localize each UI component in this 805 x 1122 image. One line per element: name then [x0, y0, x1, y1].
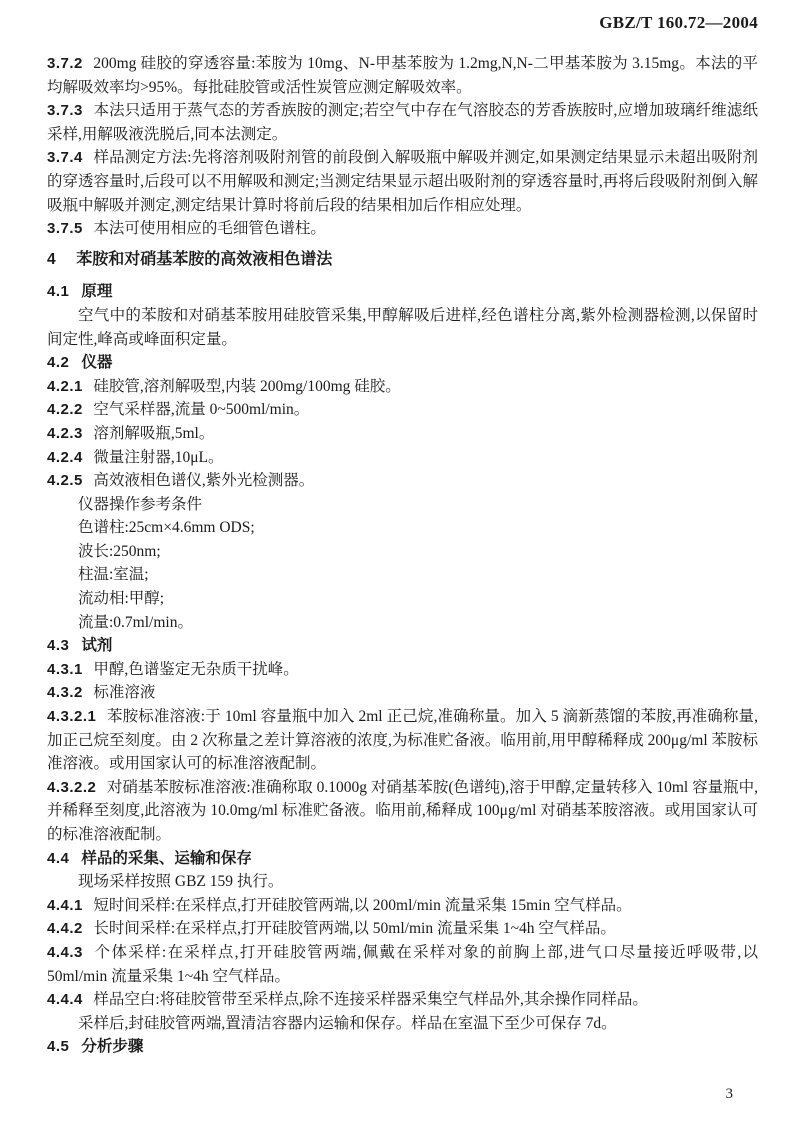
clause-number: 4.4.3 — [47, 944, 83, 961]
document-header-standard-number: GBZ/T 160.72—2004 — [47, 13, 758, 33]
clause-text: 短时间采样:在采样点,打开硅胶管两端,以 200ml/min 流量采集 15mi… — [93, 897, 631, 914]
section-number: 4.5 — [47, 1038, 69, 1055]
clause-text: 高效液相色谱仪,紫外光检测器。 — [93, 472, 314, 489]
clause-4-3-2-2: 4.3.2.2对硝基苯胺标准溶液:准确称取 0.1000g 对硝基苯胺(色谱纯)… — [47, 776, 758, 847]
clause-number: 4.4.4 — [47, 991, 83, 1008]
line-text: 流量:0.7ml/min。 — [78, 614, 193, 631]
line-text: 色谱柱:25cm×4.6mm ODS; — [78, 519, 255, 536]
section-heading-4-1: 4.1原理 — [47, 280, 758, 304]
clause-text: 个体采样:在采样点,打开硅胶管两端,佩戴在采样对象的前胸上部,进气口尽量接近呼吸… — [47, 944, 758, 985]
condition-mobile-phase: 流动相:甲醇; — [47, 587, 758, 611]
condition-column: 色谱柱:25cm×4.6mm ODS; — [47, 516, 758, 540]
clause-number: 4.4.1 — [47, 897, 83, 914]
clause-text: 样品空白:将硅胶管带至采样点,除不连接采样器采集空气样品外,其余操作同样品。 — [93, 991, 648, 1008]
clause-4-3-1: 4.3.1甲醇,色谱鉴定无杂质干扰峰。 — [47, 658, 758, 682]
paragraph-sampling-reference: 现场采样按照 GBZ 159 执行。 — [47, 870, 758, 894]
section-number: 4.1 — [47, 283, 69, 300]
clause-4-4-4: 4.4.4样品空白:将硅胶管带至采样点,除不连接采样器采集空气样品外,其余操作同… — [47, 988, 758, 1012]
clause-number: 4.3.2.2 — [47, 779, 96, 796]
clause-number: 4.4.2 — [47, 920, 83, 937]
section-title: 分析步骤 — [81, 1038, 143, 1055]
clause-text: 溶剂解吸瓶,5ml。 — [93, 425, 214, 442]
clause-number: 4.2.3 — [47, 425, 83, 442]
paragraph-principle: 空气中的苯胺和对硝基苯胺用硅胶管采集,甲醇解吸后进样,经色谱柱分离,紫外检测器检… — [47, 304, 758, 351]
section-title: 原理 — [81, 283, 112, 300]
line-text: 柱温:室温; — [78, 566, 149, 583]
clause-number: 4.3.2.1 — [47, 708, 96, 725]
paragraph-sample-storage: 采样后,封硅胶管两端,置清洁容器内运输和保存。样品在室温下至少可保存 7d。 — [47, 1012, 758, 1036]
clause-4-2-1: 4.2.1硅胶管,溶剂解吸型,内装 200mg/100mg 硅胶。 — [47, 375, 758, 399]
clause-3-7-2: 3.7.2200mg 硅胶的穿透容量:苯胺为 10mg、N-甲基苯胺为 1.2m… — [47, 52, 758, 99]
line-text: 波长:250nm; — [78, 543, 161, 560]
clause-4-4-3: 4.4.3个体采样:在采样点,打开硅胶管两端,佩戴在采样对象的前胸上部,进气口尽… — [47, 941, 758, 988]
clause-number: 4.3.2 — [47, 684, 83, 701]
clause-4-2-5: 4.2.5高效液相色谱仪,紫外光检测器。 — [47, 469, 758, 493]
clause-text: 本法可使用相应的毛细管色谱柱。 — [93, 220, 326, 237]
clause-text: 200mg 硅胶的穿透容量:苯胺为 10mg、N-甲基苯胺为 1.2mg,N,N… — [47, 55, 758, 96]
clause-number: 4.2.5 — [47, 472, 83, 489]
condition-wavelength: 波长:250nm; — [47, 540, 758, 564]
condition-flow-rate: 流量:0.7ml/min。 — [47, 611, 758, 635]
clause-number: 3.7.4 — [47, 149, 83, 166]
clause-number: 4.2.2 — [47, 401, 83, 418]
clause-4-2-2: 4.2.2空气采样器,流量 0~500ml/min。 — [47, 398, 758, 422]
section-heading-4-3: 4.3试剂 — [47, 634, 758, 658]
clause-text: 硅胶管,溶剂解吸型,内装 200mg/100mg 硅胶。 — [93, 378, 400, 395]
clause-number: 3.7.5 — [47, 220, 83, 237]
clause-4-4-2: 4.4.2长时间采样:在采样点,打开硅胶管两端,以 50ml/min 流量采集 … — [47, 917, 758, 941]
clause-number: 3.7.3 — [47, 102, 83, 119]
section-heading-4-2: 4.2仪器 — [47, 351, 758, 375]
clause-text: 甲醇,色谱鉴定无杂质干扰峰。 — [93, 661, 298, 678]
clause-text: 微量注射器,10μL。 — [93, 449, 223, 466]
instrument-conditions-title: 仪器操作参考条件 — [47, 493, 758, 517]
section-title: 样品的采集、运输和保存 — [81, 850, 252, 867]
clause-text: 对硝基苯胺标准溶液:准确称取 0.1000g 对硝基苯胺(色谱纯),溶于甲醇,定… — [47, 779, 758, 843]
clause-3-7-3: 3.7.3本法只适用于蒸气态的芳香族胺的测定;若空气中存在气溶胶态的芳香族胺时,… — [47, 99, 758, 146]
clause-4-4-1: 4.4.1短时间采样:在采样点,打开硅胶管两端,以 200ml/min 流量采集… — [47, 894, 758, 918]
section-title: 试剂 — [81, 637, 112, 654]
clause-text: 样品测定方法:先将溶剂吸附剂管的前段倒入解吸瓶中解吸并测定,如果测定结果显示未超… — [47, 149, 758, 213]
clause-text: 苯胺标准溶液:于 10ml 容量瓶中加入 2ml 正己烷,准确称量。加入 5 滴… — [47, 708, 758, 772]
clause-number: 4.2.1 — [47, 378, 83, 395]
clause-4-3-2: 4.3.2标准溶液 — [47, 681, 758, 705]
line-text: 流动相:甲醇; — [78, 590, 164, 607]
section-title: 仪器 — [81, 354, 112, 371]
section-heading-4-4: 4.4样品的采集、运输和保存 — [47, 847, 758, 871]
clause-number: 3.7.2 — [47, 55, 83, 72]
clause-text: 标准溶液 — [93, 684, 155, 701]
document-body: 3.7.2200mg 硅胶的穿透容量:苯胺为 10mg、N-甲基苯胺为 1.2m… — [47, 52, 758, 1059]
section-heading-4-5: 4.5分析步骤 — [47, 1035, 758, 1059]
paragraph-text: 采样后,封硅胶管两端,置清洁容器内运输和保存。样品在室温下至少可保存 7d。 — [78, 1015, 617, 1032]
line-text: 仪器操作参考条件 — [78, 496, 202, 513]
section-number: 4 — [47, 251, 56, 268]
condition-column-temp: 柱温:室温; — [47, 563, 758, 587]
page-number: 3 — [726, 1086, 734, 1103]
document-page: GBZ/T 160.72—2004 3.7.2200mg 硅胶的穿透容量:苯胺为… — [0, 0, 805, 1122]
clause-4-3-2-1: 4.3.2.1苯胺标准溶液:于 10ml 容量瓶中加入 2ml 正己烷,准确称量… — [47, 705, 758, 776]
clause-number: 4.2.4 — [47, 449, 83, 466]
clause-4-2-4: 4.2.4微量注射器,10μL。 — [47, 446, 758, 470]
section-heading-4: 4苯胺和对硝基苯胺的高效液相色谱法 — [47, 248, 758, 272]
section-number: 4.4 — [47, 850, 69, 867]
paragraph-text: 空气中的苯胺和对硝基苯胺用硅胶管采集,甲醇解吸后进样,经色谱柱分离,紫外检测器检… — [47, 307, 758, 348]
clause-text: 长时间采样:在采样点,打开硅胶管两端,以 50ml/min 流量采集 1~4h … — [93, 920, 615, 937]
clause-number: 4.3.1 — [47, 661, 83, 678]
section-number: 4.3 — [47, 637, 69, 654]
clause-4-2-3: 4.2.3溶剂解吸瓶,5ml。 — [47, 422, 758, 446]
line-text: 现场采样按照 GBZ 159 执行。 — [78, 873, 283, 890]
clause-text: 空气采样器,流量 0~500ml/min。 — [93, 401, 309, 418]
section-title: 苯胺和对硝基苯胺的高效液相色谱法 — [76, 251, 332, 268]
clause-3-7-5: 3.7.5本法可使用相应的毛细管色谱柱。 — [47, 217, 758, 241]
clause-3-7-4: 3.7.4样品测定方法:先将溶剂吸附剂管的前段倒入解吸瓶中解吸并测定,如果测定结… — [47, 146, 758, 217]
section-number: 4.2 — [47, 354, 69, 371]
clause-text: 本法只适用于蒸气态的芳香族胺的测定;若空气中存在气溶胶态的芳香族胺时,应增加玻璃… — [47, 102, 758, 143]
